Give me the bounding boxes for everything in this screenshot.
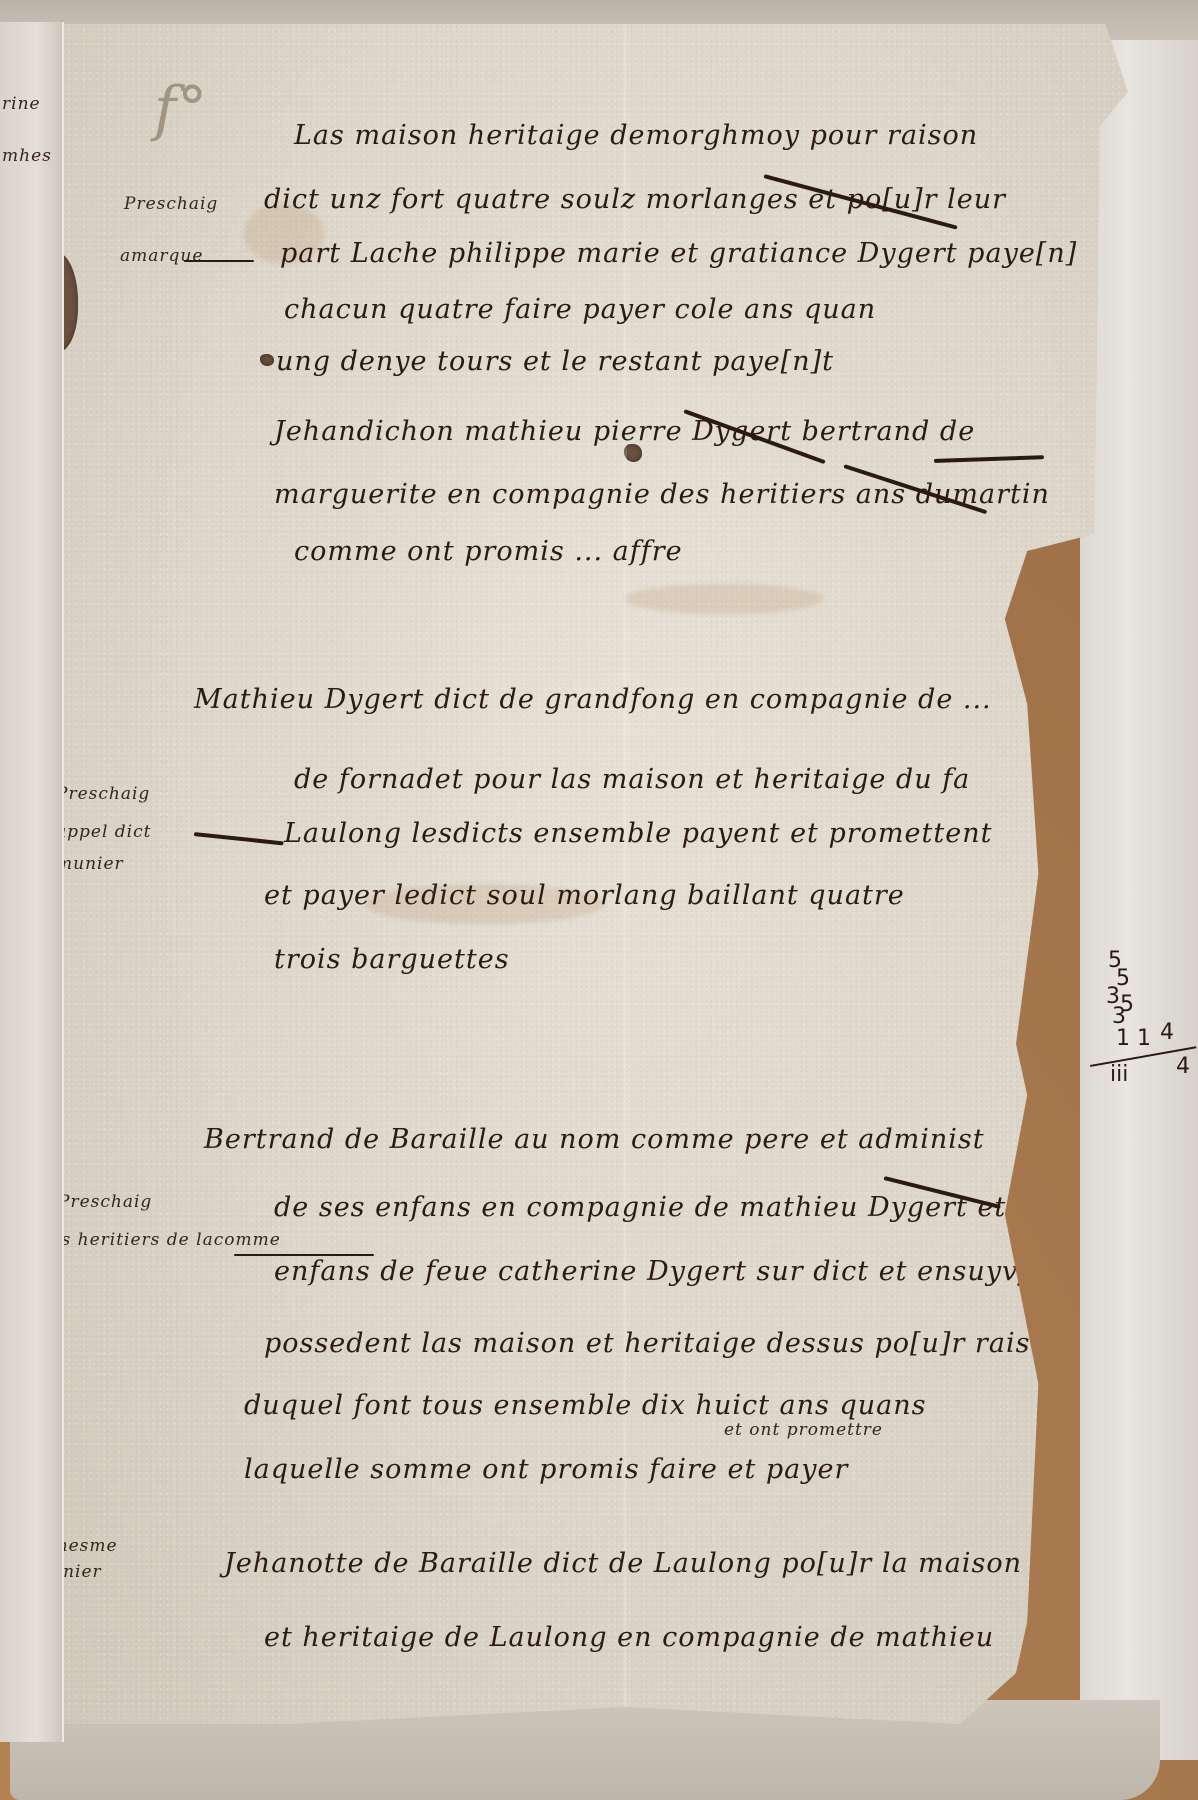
tally-mark: 4 — [1160, 1020, 1174, 1045]
manuscript-line: Bertrand de Baraille au nom comme pere e… — [204, 1124, 985, 1155]
left-sheet-fragment: rine — [2, 94, 41, 114]
margin-note: Preschaig — [56, 784, 150, 804]
margin-note: appel dict — [56, 822, 151, 842]
margin-note: les heritiers de lacomme — [44, 1230, 281, 1250]
manuscript-line: duquel font tous ensemble dix huict ans … — [244, 1390, 926, 1421]
manuscript-line: chacun quatre faire payer cole ans quan — [284, 294, 876, 325]
manuscript-line: Jehanotte de Baraille dict de Laulong po… — [224, 1548, 1022, 1579]
ink-blot — [260, 354, 274, 366]
left-sheet-fragment: mhes — [2, 146, 52, 166]
manuscript-line: de fornadet pour las maison et heritaige… — [294, 764, 970, 795]
tally-mark: iii — [1110, 1062, 1128, 1087]
manuscript-page: f° Preschaig amarque Las maison heritaig… — [64, 24, 1184, 1724]
manuscript-line: et heritaige de Laulong en compagnie de … — [264, 1622, 994, 1653]
manuscript-line: Las maison heritaige demorghmoy pour rai… — [294, 120, 978, 151]
manuscript-line: comme ont promis ... affre — [294, 536, 683, 567]
stain — [624, 584, 824, 614]
manuscript-line: part Lache philippe marie et gratiance D… — [280, 238, 1077, 269]
margin-note: Preschaig — [58, 1192, 152, 1212]
manuscript-line: Laulong lesdicts ensemble payent et prom… — [284, 818, 992, 849]
margin-note: Preschaig — [124, 194, 218, 214]
manuscript-line: ung denye tours et le restant paye[n]t — [276, 346, 834, 377]
margin-note: amarque — [120, 246, 203, 266]
interlinear-note: et ont promettre — [724, 1420, 883, 1440]
manuscript-line: possedent las maison et heritaige dessus… — [264, 1328, 1066, 1359]
manuscript-line: Mathieu Dygert dict de grandfong en comp… — [194, 684, 992, 715]
tally-mark: 4 — [1176, 1054, 1190, 1079]
folio-mark: f° — [154, 74, 208, 144]
margin-link-stroke — [184, 260, 254, 262]
manuscript-line: et payer ledict soul morlang baillant qu… — [264, 880, 905, 911]
tally-mark: 1 1 — [1116, 1026, 1151, 1051]
left-adjacent-sheet: rine mhes — [0, 22, 64, 1742]
manuscript-line: enfans de feue catherine Dygert sur dict… — [274, 1256, 1034, 1287]
manuscript-line: laquelle somme ont promis faire et payer — [244, 1454, 848, 1485]
manuscript-line: trois barguettes — [274, 944, 510, 975]
margin-note: munier — [56, 854, 124, 874]
manuscript-line: Jehandichon mathieu pierre Dygert bertra… — [274, 416, 975, 447]
underlying-sheet-right — [1080, 40, 1198, 1760]
